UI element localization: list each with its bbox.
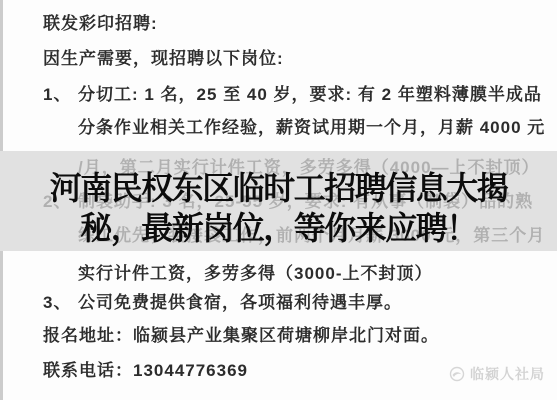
contact-phone-line: 联系电话：13044776369	[43, 356, 248, 381]
recruitment-poster: 联发彩印招聘: 因生产需要，现招聘以下岗位: 1、 分切工: 1 名，25 至 …	[0, 0, 557, 400]
headline-line-2: 秘，最新岗位，等你来应聘！	[0, 203, 557, 249]
doc-intro: 因生产需要，现招聘以下岗位:	[43, 44, 284, 69]
item-1-line-1: 分切工: 1 名，25 至 40 岁，要求: 有 2 年塑料薄膜半成品	[78, 80, 542, 105]
item-3-line-1: 公司免费提供食宿，各项福利待遇丰厚。	[78, 288, 402, 313]
item-2-line-3: 实行计件工资，多劳多得（3000-上不封顶）	[78, 259, 432, 284]
item-1-number: 1、	[43, 80, 71, 105]
watermark: 临颍人社局	[449, 364, 545, 384]
watermark-label: 临颍人社局	[470, 364, 545, 384]
publisher-seal-icon	[449, 366, 465, 382]
signup-address-line: 报名地址：临颍县产业集聚区荷塘柳岸北门对面。	[43, 321, 439, 346]
item-3-number: 3、	[43, 288, 71, 313]
doc-header: 联发彩印招聘:	[43, 9, 158, 34]
item-1-line-2: 分条作业相关工作经验，薪资试用期一个月，月薪 4000 元	[78, 113, 545, 138]
